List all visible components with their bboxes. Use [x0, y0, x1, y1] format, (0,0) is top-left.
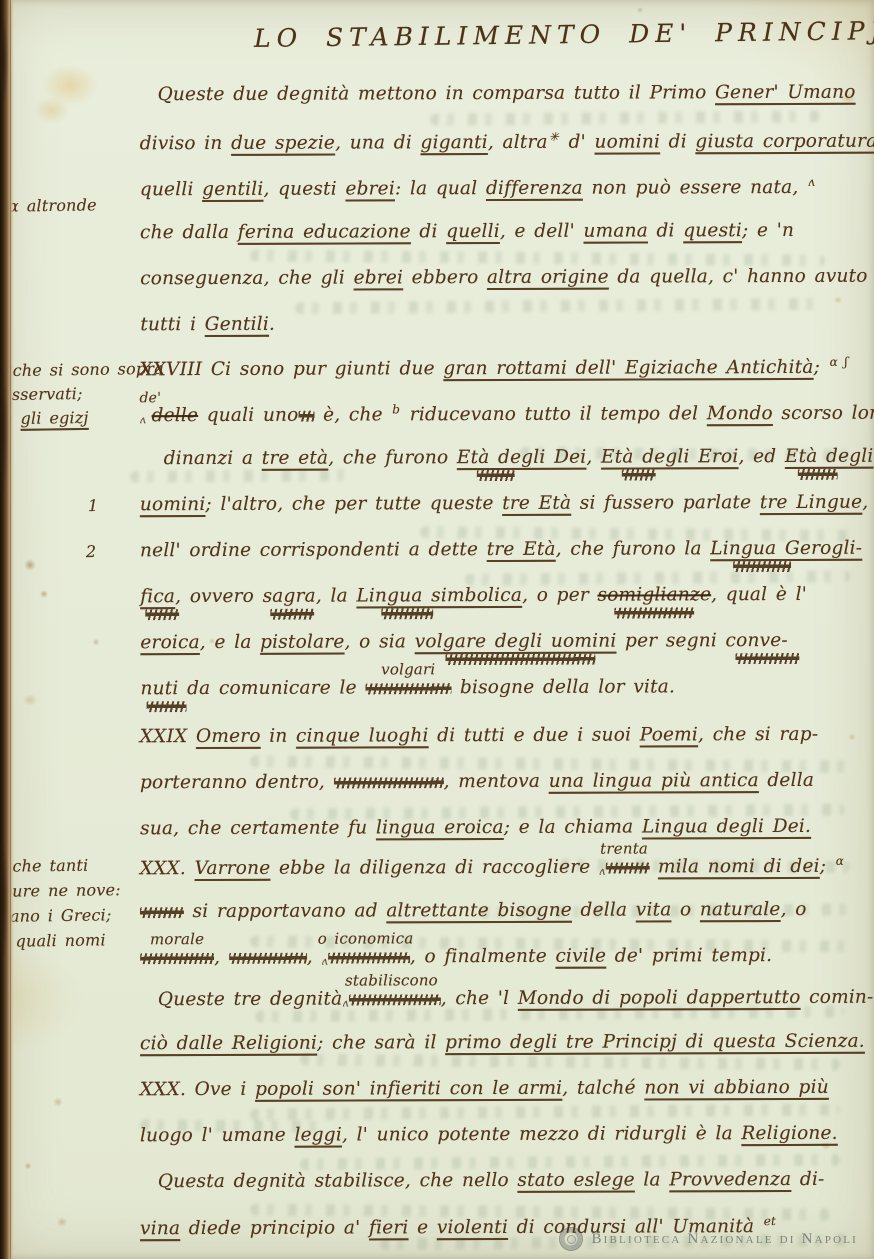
scribble-ink	[140, 953, 214, 964]
text-segment: Queste tre degnità	[158, 989, 343, 1011]
manuscript-line: eroica, e la pistolare, o sia volgare de…	[140, 632, 852, 680]
book-edge-line	[10, 0, 11, 1259]
text-segment: giganti	[420, 132, 487, 153]
scribble-strikeout	[381, 608, 433, 619]
text-segment: tutti i	[140, 314, 204, 335]
text-segment: ebrei	[345, 178, 395, 199]
text-segment: , che 'l	[441, 988, 518, 1009]
text-segment: ,	[214, 947, 229, 968]
insertion-text: de'	[139, 391, 161, 405]
text-segment: d'	[560, 132, 595, 153]
scribble-ink	[140, 907, 184, 918]
text-segment: , o per	[522, 585, 597, 606]
text-segment: , e dell'	[500, 221, 584, 242]
text-segment: quelli	[140, 179, 202, 200]
text-segment: conve-	[726, 630, 788, 651]
manuscript-line: Queste due degnità mettono in comparsa t…	[140, 84, 852, 132]
paragraph-intro: Queste due degnità mettono in comparsa t…	[140, 84, 853, 362]
manuscript-line: diviso in due spezie, una di giganti, al…	[140, 130, 852, 178]
text-segment: luogo l' umane	[140, 1125, 295, 1147]
manuscript-line: tutti i Gentili.	[140, 314, 852, 362]
text-segment: questi	[683, 220, 742, 241]
text-segment: , mentova	[444, 771, 549, 792]
text-segment: Questa degnità stabilisce, che nello	[158, 1170, 518, 1192]
text-segment: ebrei	[354, 267, 404, 288]
text-segment: ciò dalle Religioni	[140, 1033, 317, 1055]
manuscript-line: fica, ovvero sagra, la Lingua simbolica,…	[140, 586, 852, 634]
text-segment: da quella, c' hanno avuto	[609, 266, 868, 288]
manuscript-line: XXX. Ove i popoli son' infieriti con le …	[140, 1079, 852, 1127]
text-segment: : la qual	[395, 178, 486, 199]
reference-mark: α ʃ	[829, 355, 849, 369]
manuscript-line: che dalla ferina educazione di quelli, e…	[140, 222, 852, 270]
text-segment: eroica	[140, 632, 200, 653]
text-segment: Mondo di popoli dappertutto	[518, 987, 801, 1009]
manuscript-line: Queste tre degnitàʌstabiliscono, che 'l …	[140, 989, 852, 1035]
interlinear-insertion: stabiliscono	[345, 973, 438, 988]
text-segment: si fussero parlate	[571, 492, 760, 514]
text-segment: giusta corporatura	[695, 131, 874, 153]
text-segment: ferina educazione	[238, 221, 411, 243]
text-segment: umana	[583, 220, 648, 241]
scribble-strikeout	[445, 654, 595, 666]
caret-mark: ʌ	[140, 413, 146, 426]
text-segment: tre Lingue	[760, 492, 863, 513]
manuscript-line: uomini; l'altro, che per tutte queste tr…	[140, 494, 852, 542]
text-segment: , questi	[263, 179, 345, 200]
text-segment: di tutti e due i suoi	[429, 724, 640, 746]
text-segment: de' primi tempi.	[606, 945, 772, 967]
text-segment: ebbe la diligenza di raccogliere	[270, 857, 599, 879]
text-segment: tre Età	[487, 539, 556, 560]
scribble-strikeout	[140, 903, 184, 922]
scribble-strikeout	[733, 561, 791, 572]
text-segment: Varrone	[195, 858, 271, 879]
text-segment: Religione.	[741, 1123, 837, 1144]
text-segment: ,	[307, 947, 322, 968]
text-segment: , qual è l'	[711, 584, 807, 605]
text-segment: bisogne della lor vita.	[451, 676, 675, 698]
text-segment: gentili	[202, 179, 263, 200]
text-segment: ebbero	[403, 267, 487, 288]
scribble-strikeout	[615, 607, 695, 618]
scribble-strikeout: ʌstabiliscono	[342, 990, 440, 1009]
text-segment: , talché	[562, 1077, 644, 1098]
manuscript-line: nell' ordine corrispondenti a dette tre …	[140, 540, 852, 588]
text-segment: sua, che certamente fu	[140, 817, 376, 839]
paragraph-provvedenza: Questa degnità stabilisce, che nello sta…	[140, 1171, 852, 1259]
text-segment: è, che	[314, 404, 391, 425]
text-segment: XXX. Ove i	[140, 1079, 255, 1100]
text-segment: ;	[814, 357, 829, 378]
text-segment: dinanzi a	[164, 448, 262, 469]
scribble-strikeout	[622, 469, 656, 480]
scribble-strikeout	[334, 773, 444, 792]
text-segment: di	[660, 131, 695, 152]
paragraph-xxx-varrone: XXX. Varrone ebbe la diligenza di raccog…	[140, 855, 852, 995]
text-segment: non vi abbiano più	[644, 1077, 829, 1099]
text-segment: , l' unico potente mezzo di ridurgli è l…	[342, 1123, 742, 1145]
scribble-strikeout	[476, 470, 514, 481]
text-segment: , altra	[488, 132, 548, 153]
text-segment: non può essere nata,	[583, 177, 807, 199]
text-segment: altrettante bisogne	[386, 900, 572, 922]
text-segment: civile	[555, 946, 606, 967]
text-segment: ; e 'n	[742, 220, 794, 241]
scribble-strikeout	[271, 609, 315, 620]
text-segment: in	[261, 726, 296, 747]
text-segment: di	[411, 221, 446, 242]
text-segment: popoli son' infieriti con le armi	[255, 1078, 562, 1100]
text-segment: , ed	[738, 446, 785, 467]
manuscript-line: quelli gentili, questi ebrei: la qual di…	[140, 176, 852, 224]
scribble-strikeout: morale	[140, 949, 214, 968]
scribble-ink	[349, 994, 441, 1005]
text-segment: , o	[781, 899, 807, 920]
text-segment: riducevano tutto il tempo del	[401, 403, 707, 425]
text-segment: per segni	[616, 630, 725, 651]
paragraph-xxviii: XXVIII Ci sono pur giunti due gran rotta…	[139, 356, 852, 726]
book-edge	[0, 0, 14, 1259]
text-segment: Gener' Umano	[715, 82, 856, 103]
scribble-ink	[298, 411, 314, 422]
paragraph-xxx-popoli: XXX. Ove i popoli son' infieriti con le …	[140, 1079, 852, 1173]
scribble-strikeout	[735, 653, 799, 664]
text-segment: ,	[862, 492, 868, 513]
caret-mark: ʌ	[342, 997, 348, 1010]
scribble-ink	[605, 862, 649, 873]
scribble-strikeout	[298, 407, 314, 426]
text-segment: differenza	[486, 178, 583, 199]
manuscript-line: luogo l' umane leggi, l' unico potente m…	[140, 1125, 852, 1173]
scribble-ink	[334, 777, 444, 788]
text-segment: somiglianze	[597, 584, 711, 605]
manuscript-line: Questa degnità stabilisce, che nello sta…	[140, 1171, 852, 1217]
text-segment: , o sia	[344, 631, 414, 652]
text-segment: di condursi all' Umanità	[508, 1216, 763, 1238]
text-segment: che dalla	[140, 222, 238, 243]
text-segment: di-	[791, 1169, 824, 1190]
manuscript-line: XXX. Varrone ebbe la diligenza di raccog…	[140, 855, 852, 903]
text-segment: uomini	[140, 494, 206, 515]
paragraph-tre-degnita: Queste tre degnitàʌstabiliscono, che 'l …	[140, 989, 852, 1079]
text-segment: volgare degli uomini	[415, 631, 617, 653]
interlinear-insertion: o iconomica	[318, 931, 414, 946]
scribble-ink	[328, 952, 410, 963]
text-segment: si rapportavano ad	[184, 900, 386, 922]
manuscript-page: LO STABILIMENTO DE' PRINCIPJ. α altronde…	[0, 0, 874, 1259]
manuscript-line: ciò dalle Religioni; che sarà il primo d…	[140, 1033, 852, 1079]
text-segment: tre Età	[502, 493, 571, 514]
text-segment: da comunicare le	[178, 677, 365, 699]
scribble-ink	[229, 953, 307, 964]
text-segment: leggi	[294, 1125, 342, 1146]
text-segment: una lingua più antica	[549, 770, 759, 792]
text-segment: uomini	[594, 131, 660, 152]
interlinear-insertion: trenta	[600, 841, 648, 856]
text-segment: la	[635, 1169, 670, 1190]
text-segment: ; che sarà il	[317, 1032, 445, 1053]
text-segment: due spezie	[231, 133, 335, 154]
reference-mark: et	[763, 1214, 777, 1228]
manuscript-line: si rapportavano ad altrettante bisogne d…	[140, 901, 852, 949]
caret-mark: ʌ	[321, 955, 327, 968]
text-segment: della	[572, 900, 636, 921]
text-segment: Gentili	[205, 314, 269, 335]
interlinear-insertion: volgari	[381, 662, 435, 677]
text-segment: ; e la chiama	[504, 816, 642, 837]
text-segment: , la	[316, 585, 357, 606]
text-segment: gran rottami dell' Egiziache Antichità	[443, 357, 813, 379]
text-segment: violenti	[437, 1217, 508, 1238]
interlinear-insertion: morale	[150, 932, 204, 947]
caret-mark: ʌ	[599, 865, 605, 878]
text-segment: fieri	[369, 1217, 409, 1238]
manuscript-line: porteranno dentro, , mentova una lingua …	[140, 772, 852, 820]
manuscript-line: dinanzi a tre età, che furono Età degli …	[140, 448, 852, 496]
reference-mark: b	[391, 402, 401, 416]
text-segment: , che furono la	[556, 538, 711, 560]
text-segment: lingua eroica	[376, 817, 504, 838]
manuscript-body: Queste due degnità mettono in comparsa t…	[0, 0, 874, 1259]
text-segment: pistolare	[260, 632, 344, 653]
manuscript-line: nuti da comunicare le volgari bisogne de…	[140, 678, 852, 726]
text-segment: Poemi	[640, 724, 698, 745]
text-segment: Queste due degnità mettono in comparsa t…	[158, 82, 716, 105]
text-segment: , che furono	[328, 447, 457, 468]
text-segment: della	[759, 770, 814, 791]
text-segment: Età degli Dei	[457, 447, 587, 468]
scribble-strikeout	[229, 949, 307, 968]
manuscript-line: conseguenza, che gli ebrei ebbero altra …	[140, 268, 852, 316]
text-segment: mila nomi di dei	[658, 856, 820, 878]
reference-mark: ✳	[548, 130, 560, 144]
text-segment: scorso loro	[773, 403, 874, 424]
scribble-strikeout: volgari	[365, 679, 451, 698]
text-segment: o	[671, 899, 700, 920]
text-segment: primo degli tre Principj di questa Scien…	[445, 1031, 865, 1053]
manuscript-line: ʌde'delle quali uno è, che b riducevano …	[140, 402, 852, 450]
text-segment: nuti	[140, 678, 178, 699]
text-segment: comin-	[801, 987, 874, 1008]
text-segment: Lingua degli Dei.	[642, 816, 811, 838]
text-segment: XXVIII Ci sono pur giunti due	[139, 358, 443, 380]
text-segment: , o finalmente	[410, 946, 556, 968]
text-segment: stato eslege	[517, 1170, 634, 1191]
scribble-ink	[365, 683, 451, 694]
text-segment: conseguenza, che gli	[140, 267, 353, 289]
text-segment: tre età	[262, 448, 328, 469]
text-segment: ;	[820, 856, 835, 877]
text-segment: nell' ordine corrispondenti a dette	[140, 539, 487, 561]
text-segment: fica	[140, 586, 175, 607]
text-segment: Provvedenza	[669, 1169, 791, 1190]
text-segment: , ovvero	[175, 586, 262, 607]
text-segment: vina	[140, 1218, 180, 1239]
text-segment: XXX.	[140, 858, 195, 879]
reference-mark: ʌ	[807, 175, 816, 189]
scribble-strikeout: ʌo iconomica	[321, 948, 409, 967]
scribble-strikeout	[146, 701, 186, 712]
text-segment: sagra	[263, 586, 316, 607]
text-segment: diviso in	[140, 133, 231, 154]
text-segment: .	[269, 314, 275, 335]
manuscript-line: XXVIII Ci sono pur giunti due gran rotta…	[139, 356, 851, 404]
text-segment: Età degli	[785, 446, 874, 467]
text-segment	[649, 856, 658, 877]
text-segment: e	[408, 1217, 436, 1238]
scribble-strikeout	[145, 609, 179, 620]
text-segment: ,	[586, 447, 601, 468]
text-segment: altra origine	[487, 267, 609, 288]
text-segment: porteranno dentro,	[140, 772, 334, 794]
text-segment: , che si rap-	[698, 724, 818, 745]
paragraph-xxix: XXIX Omero in cinque luoghi di tutti e d…	[140, 726, 852, 866]
text-segment: quali uno	[198, 405, 298, 426]
text-segment: Età degli Eroi	[601, 446, 738, 467]
text-segment: delle	[152, 405, 199, 426]
text-segment: Lingua simbolica	[356, 585, 522, 607]
scribble-strikeout	[798, 469, 838, 480]
text-segment: Lingua Gerogli-	[710, 538, 862, 560]
text-segment: ; l'altro, che per tutte queste	[205, 493, 502, 515]
text-segment: naturale	[700, 899, 781, 920]
manuscript-line: XXIX Omero in cinque luoghi di tutti e d…	[140, 726, 852, 774]
scribble-strikeout: ʌtrenta	[599, 858, 649, 877]
reference-mark: α	[835, 854, 845, 868]
text-segment: Mondo	[707, 403, 773, 424]
text-segment: diede principio a'	[180, 1217, 369, 1239]
text-segment: XXIX	[140, 726, 196, 747]
interlinear-insertion: ʌde'	[140, 407, 152, 426]
text-segment: cinque luoghi	[296, 725, 429, 746]
text-segment: di	[648, 220, 683, 241]
manuscript-line: vina diede principio a' fieri e violenti…	[140, 1215, 852, 1259]
text-segment: , e la	[200, 632, 260, 653]
text-segment: vita	[636, 899, 672, 920]
text-segment: Omero	[196, 726, 261, 747]
text-segment: quelli	[446, 221, 500, 242]
text-segment: , una di	[335, 132, 421, 153]
